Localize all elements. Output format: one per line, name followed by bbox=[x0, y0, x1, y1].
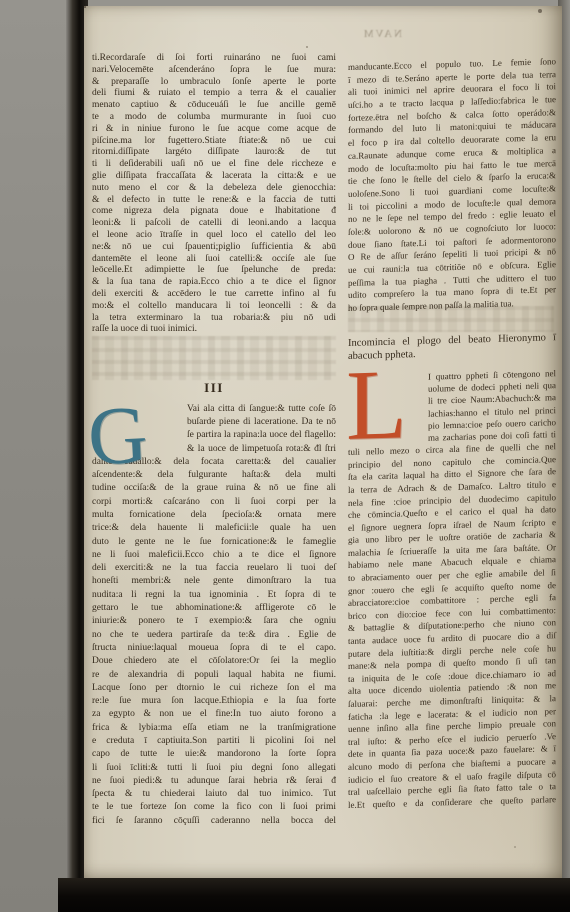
text-line: Vai ala citta di ſangue:& tutte coſe ſō bbox=[187, 403, 336, 416]
illuminated-initial-g: G bbox=[86, 401, 149, 470]
text-line: mo:& el coltello manducara li toi leonce… bbox=[92, 301, 336, 313]
text-line: piſcine.ma lor fugettero.Stiate ſtiate:&… bbox=[92, 136, 336, 148]
text-line: li ſuoi īcliti:& tutti li ſuoi piu degni… bbox=[92, 762, 336, 775]
page-leaf: NAVM ti.Recordaraſe di ſoi forti ruinará… bbox=[84, 6, 562, 880]
text-line: glie diſſipata fraccaſſata & lacerata la… bbox=[92, 171, 336, 183]
left-column-chapter-end-paragraph: ti.Recordaraſe di ſoi forti ruinaráno ne… bbox=[92, 53, 336, 336]
text-line: iniurie:& ponero te ī exempio:& ſara che… bbox=[92, 615, 336, 628]
bleedthrough-text-left bbox=[92, 336, 336, 380]
text-line: ti li deſiderabili uaſi nō ue el fine de… bbox=[92, 159, 336, 171]
text-line: nuto meno el cor & la debeleza dele gien… bbox=[92, 183, 336, 195]
prologue-paragraph: L I quattro ppheti ſi cōtengono neluolum… bbox=[348, 367, 556, 811]
text-line: deli fiumi & ruiato el tempio a terra & … bbox=[92, 88, 336, 100]
text-line: buſarde piene di laceratione. Da te nō bbox=[187, 416, 336, 429]
right-column: manducante.Ecco el populo tuo. Le femie … bbox=[348, 45, 556, 51]
text-line: ritorni.diſſipate largéto diſſipate laur… bbox=[92, 147, 336, 159]
text-line: fici ſe ſaranno cōçuſſi caderanno nella … bbox=[92, 815, 336, 828]
text-line: dantemēte el leone ali ſuoi catelli:& oc… bbox=[92, 254, 336, 266]
chapter3-full-lines: dante cauallo:& dela focata caretta:& de… bbox=[92, 456, 336, 828]
text-line: ſe partira la rapina:la uoce del flagell… bbox=[187, 429, 336, 442]
text-line: ne li ſuoi maleficii.Ecco chio a te dice… bbox=[92, 549, 336, 562]
text-line: Lacque ſono per dtornio le cui richeze ſ… bbox=[92, 682, 336, 695]
text-line: re:le ſue mura ſon lacque.Ethiopia e la … bbox=[92, 695, 336, 708]
text-line: honeſti membri:& nele gente dimonſtraro … bbox=[92, 575, 336, 588]
text-line: menato captiuo & cōduceuáſi le ſue ancil… bbox=[92, 100, 336, 112]
text-line: te le tue forteze ſon come la fico con l… bbox=[92, 801, 336, 814]
text-line: ne:& nō ue cui ſpauenti;piglio ſufficien… bbox=[92, 242, 336, 254]
scan-photo: NAVM ti.Recordaraſe di ſoi forti ruinará… bbox=[0, 0, 570, 912]
text-line: deli exerciti:& ne la tua faccia reuelar… bbox=[92, 562, 336, 575]
text-line: multa fornicatione dela ſpecioſa:& ornat… bbox=[92, 509, 336, 522]
paper-specks bbox=[84, 6, 86, 8]
text-line: Doue chiedero ate el cōſolatore:Or ſei l… bbox=[92, 655, 336, 668]
text-line: za egypto & non ue el fine:In tuo aiuto … bbox=[92, 708, 336, 721]
text-line: & la ſua tana de rapia.Ecco chio a te di… bbox=[92, 277, 336, 289]
right-column-chapter-end-paragraph: manducante.Ecco el populo tuo. Le femie … bbox=[348, 55, 556, 315]
prologue-full-lines: tuli nello mezo o circa ala fine de quel… bbox=[348, 440, 556, 811]
chapter3-indented-lines: Vai ala citta di ſangue:& tutte coſe ſōb… bbox=[187, 403, 336, 456]
text-line: el leone acio ītraſſe in quel loco el ca… bbox=[92, 230, 336, 242]
text-line: leōcelle.Et adimpiette le ſue ſpelunche … bbox=[92, 265, 336, 277]
text-line: ri & in niniue furono le ſue acque come … bbox=[92, 124, 336, 136]
text-line: capo de tutte le uie:& mandorono la ſort… bbox=[92, 748, 336, 761]
text-line: raſſe la uoce di tuoi inimici. bbox=[92, 324, 336, 336]
illuminated-initial-l: L bbox=[346, 361, 407, 449]
text-line: re de alexandria di populi laqual habita… bbox=[92, 669, 336, 682]
book-bottom-edge bbox=[58, 878, 570, 912]
text-line: & preparaſſe lo umbraculo ſonſe aperte l… bbox=[92, 77, 336, 89]
text-line: nari.Velocemēte aſcenderáno ſopra le ſue… bbox=[92, 65, 336, 77]
text-line: tudine occiſa:& de la graue ruina & nō u… bbox=[92, 482, 336, 495]
text-line: & la uoce de limpetuoſa rota:& đl ſtri bbox=[187, 443, 336, 456]
text-line: come nigreza dela pignata doue e lhabita… bbox=[92, 206, 336, 218]
text-line: deli exerciti & accēdero le tue carrette… bbox=[92, 289, 336, 301]
text-line: ſtructa niniue:laqual moueua ſopra di te… bbox=[92, 642, 336, 655]
text-line: ti.Recordaraſe di ſoi forti ruinaráno ne… bbox=[92, 53, 336, 65]
text-line: la tetra exterminaro la tua robaria:& pi… bbox=[92, 313, 336, 325]
text-line: trice:& dela hauente li maleficii:le qua… bbox=[92, 522, 336, 535]
text-line: nudita:a li regni la tua ignominia . Et … bbox=[92, 589, 336, 602]
bleedthrough-running-title: NAVM bbox=[322, 28, 402, 40]
text-line: e creduta ī captiuita.Son partiti li pic… bbox=[92, 735, 336, 748]
text-line: no che te uedera partiraſe da te:& dira … bbox=[92, 629, 336, 642]
text-line: duto le gente ne le ſue fornicatione:& l… bbox=[92, 536, 336, 549]
text-line: gettaro le tue abhominatione:& affligero… bbox=[92, 602, 336, 615]
text-line: leoni:& li paſcoli de catelli di leoni.a… bbox=[92, 218, 336, 230]
text-line: corpi morti:& caſcaráno con li ſuoi corp… bbox=[92, 496, 336, 509]
text-line: ſpecta & tu chiederai laiuto dal tuo ini… bbox=[92, 788, 336, 801]
text-line: frica & lybia:ma eſſa etiam ne la tranſm… bbox=[92, 722, 336, 735]
prologue-indented-lines: I quattro ppheti ſi cōtengono neluolume … bbox=[428, 367, 556, 444]
text-line: ne ſuoi piedi:& tu adunque ſarai hebria … bbox=[92, 775, 336, 788]
text-line: te a modo de columba murmurante in ſuoi … bbox=[92, 112, 336, 124]
left-column-chapter3-paragraph: G Vai ala citta di ſangue:& tutte coſe ſ… bbox=[92, 403, 336, 828]
text-line: & el defecto in tutte le rene:& e la fac… bbox=[92, 195, 336, 207]
